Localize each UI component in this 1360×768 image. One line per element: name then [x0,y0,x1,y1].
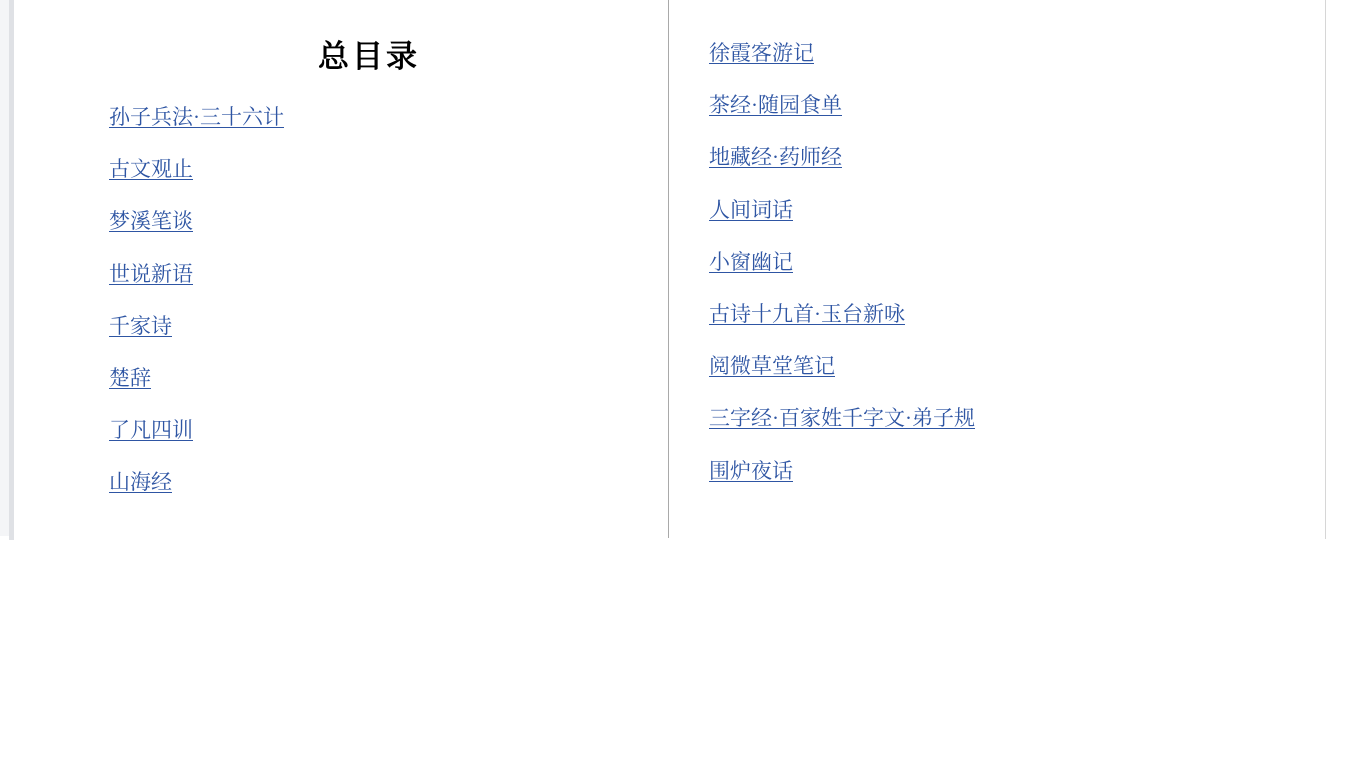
ebook-reader-window: 总目录 孙子兵法·三十六计古文观止梦溪笔谈世说新语千家诗楚辞了凡四训山海经 徐霞… [0,0,1360,768]
toc-link[interactable]: 世说新语 [109,264,193,285]
toc-link[interactable]: 围炉夜话 [709,461,793,482]
toc-column-right: 徐霞客游记茶经·随园食单地藏经·药师经人间词话小窗幽记古诗十九首·玉台新咏阅微草… [669,0,1325,539]
page-title: 总目录 [109,40,629,74]
toc-link[interactable]: 千家诗 [109,316,172,337]
toc-link[interactable]: 梦溪笔谈 [109,211,193,232]
toc-link[interactable]: 三字经·百家姓千字文·弟子规 [709,408,975,429]
toc-links-left: 孙子兵法·三十六计古文观止梦溪笔谈世说新语千家诗楚辞了凡四训山海经 [109,107,284,493]
toc-page: 总目录 孙子兵法·三十六计古文观止梦溪笔谈世说新语千家诗楚辞了凡四训山海经 徐霞… [14,0,1326,539]
toc-column-left: 总目录 孙子兵法·三十六计古文观止梦溪笔谈世说新语千家诗楚辞了凡四训山海经 [14,0,668,539]
toc-link[interactable]: 古文观止 [109,159,193,180]
toc-link[interactable]: 古诗十九首·玉台新咏 [709,304,905,325]
toc-link[interactable]: 地藏经·药师经 [709,147,842,168]
toc-link[interactable]: 孙子兵法·三十六计 [109,107,284,128]
left-scrollbar-track[interactable] [0,0,9,536]
toc-link[interactable]: 阅微草堂笔记 [709,356,835,377]
toc-link[interactable]: 了凡四训 [109,420,193,441]
toc-link[interactable]: 人间词话 [709,200,793,221]
toc-link[interactable]: 山海经 [109,472,172,493]
toc-link[interactable]: 徐霞客游记 [709,43,814,64]
toc-link[interactable]: 小窗幽记 [709,252,793,273]
toc-link[interactable]: 楚辞 [109,368,151,389]
toc-links-right: 徐霞客游记茶经·随园食单地藏经·药师经人间词话小窗幽记古诗十九首·玉台新咏阅微草… [709,43,975,482]
toc-link[interactable]: 茶经·随园食单 [709,95,842,116]
